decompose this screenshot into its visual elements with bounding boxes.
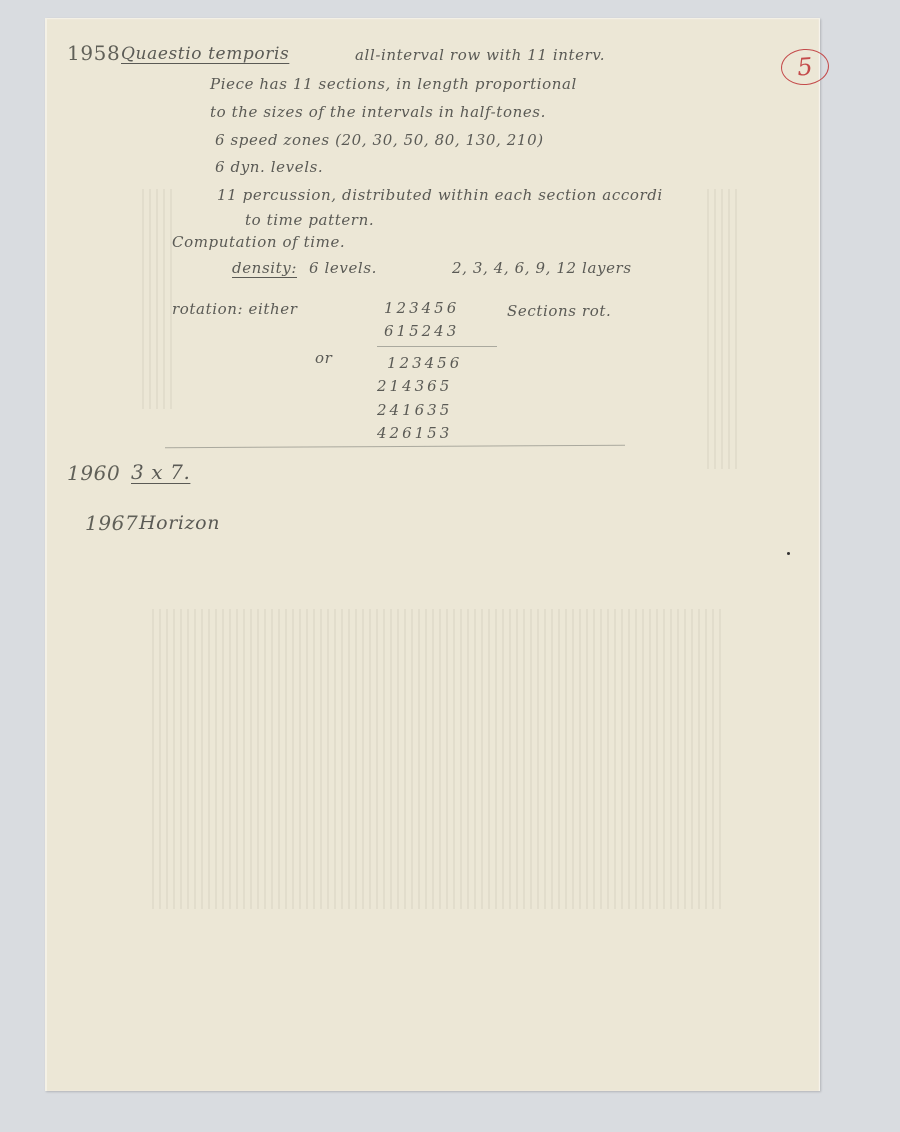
note-line: to time pattern.	[245, 211, 374, 229]
rotation-or-label: or	[315, 349, 332, 367]
entry-1967-year: 1967	[85, 511, 138, 535]
bleed-through-texture	[142, 189, 172, 409]
manuscript-page: 5 1958 Quaestio temporis all-interval ro…	[45, 18, 820, 1091]
rotation-label: rotation: either	[172, 300, 298, 318]
note-line: to the sizes of the intervals in half-to…	[210, 103, 546, 121]
density-text: 6 levels.	[309, 259, 377, 277]
rotation-row-b: 615243	[384, 322, 459, 340]
page-number-badge: 5	[780, 47, 830, 86]
entry-1958-heading-note: all-interval row with 11 interv.	[355, 46, 605, 64]
entry-1958-year: 1958	[67, 41, 120, 65]
bleed-through-texture	[707, 189, 737, 469]
computation-heading: Computation of time.	[172, 233, 345, 251]
rotation-row-a: 123456	[384, 299, 459, 317]
entry-1967-title: Horizon	[139, 512, 220, 534]
entry-1960-title: 3 x 7.	[131, 460, 190, 484]
note-line: 6 speed zones (20, 30, 50, 80, 130, 210)	[215, 131, 544, 149]
note-line: 6 dyn. levels.	[215, 158, 323, 176]
rotation-row: 214365	[377, 377, 452, 395]
rotation-divider	[377, 346, 497, 347]
entry-1960-year: 1960	[67, 461, 120, 485]
rotation-row: 123456	[387, 354, 462, 372]
note-line: Piece has 11 sections, in length proport…	[210, 75, 577, 93]
rotation-note: Sections rot.	[507, 302, 611, 320]
entry-1958-title: Quaestio temporis	[121, 44, 289, 64]
ink-speck	[787, 552, 790, 555]
density-label: density:	[232, 259, 297, 277]
bleed-through-texture	[152, 609, 722, 909]
rotation-row: 241635	[377, 401, 452, 419]
rotation-row: 426153	[377, 424, 452, 442]
section-divider	[165, 445, 625, 448]
note-line: 11 percussion, distributed within each s…	[217, 186, 663, 204]
density-values: 2, 3, 4, 6, 9, 12 layers	[452, 259, 632, 277]
